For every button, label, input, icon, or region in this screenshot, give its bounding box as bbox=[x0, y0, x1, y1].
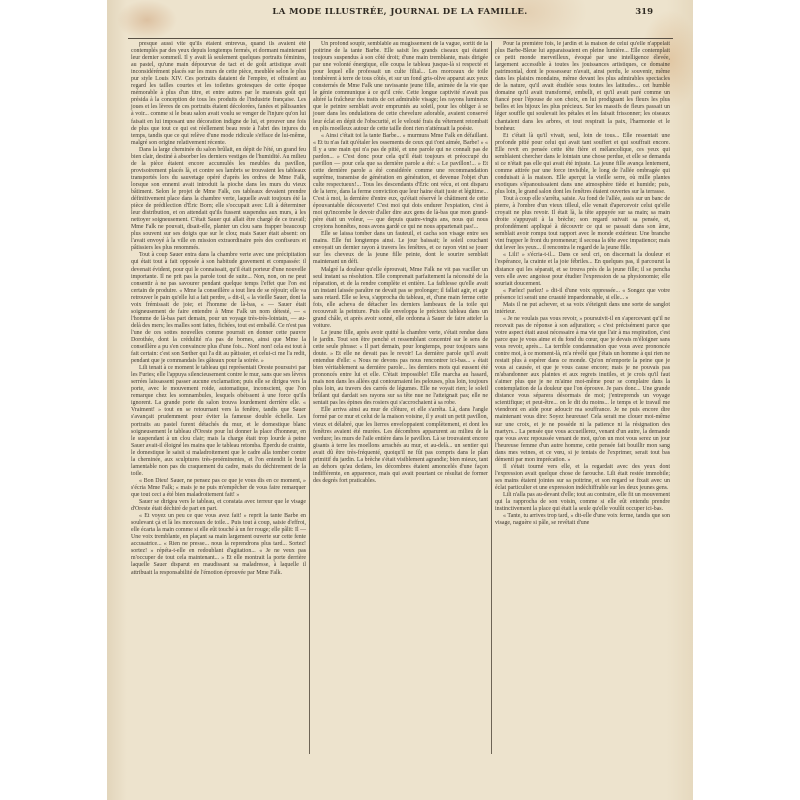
paragraph: Il s'était tourné vers elle, et la regar… bbox=[495, 464, 670, 492]
paragraph: « Ainsi c'était toi la tante Barbe... » … bbox=[313, 133, 488, 232]
column-1: presque aussi vite qu'ils étaient entrev… bbox=[128, 41, 309, 754]
paragraph: « Bon Dieu! Sauer, ne pensez pas ce que … bbox=[131, 478, 306, 499]
paragraph: Sauer se dirigea vers le tableau, et con… bbox=[131, 499, 306, 513]
paragraph: Et c'était là qu'il vivait, seul, loin d… bbox=[495, 133, 670, 196]
paragraph: Pour la première fois, le jardin et la m… bbox=[495, 41, 670, 133]
paragraph: « Lili! » s'écria-t-il... Dans ce seul c… bbox=[495, 252, 670, 287]
paragraph: Tout à coup elle s'arrêta, saisie. Au fo… bbox=[495, 196, 670, 252]
column-3: Pour la première fois, le jardin et la m… bbox=[492, 41, 673, 754]
paragraph: Mais il ne put achever, et sa voix s'éte… bbox=[495, 302, 670, 316]
paragraph: Malgré la douleur qu'elle éprouvait, Mme… bbox=[313, 267, 488, 330]
paragraph: Elle se laissa tomber dans un fauteuil, … bbox=[313, 231, 488, 266]
text-columns: presque aussi vite qu'ils étaient entrev… bbox=[128, 41, 673, 754]
paragraph: « Parlez! parlez! » dit-il d'une voix op… bbox=[495, 288, 670, 302]
bottom-margin bbox=[107, 760, 693, 800]
paragraph: Lili n'alla pas au-devant d'elle; tout a… bbox=[495, 492, 670, 513]
paragraph: Dans la large cheminée du salon brûlait,… bbox=[131, 147, 306, 253]
column-2: Un profond soupir, semblable au mugissem… bbox=[310, 41, 491, 754]
paragraph: Tout à coup Sauer entra dans la chambre … bbox=[131, 252, 306, 365]
header-rule bbox=[128, 38, 673, 39]
paragraph: presque aussi vite qu'ils étaient entrev… bbox=[131, 41, 306, 147]
page-number: 319 bbox=[635, 7, 653, 17]
paragraph: Le jeune fille, après avoir quitté la ch… bbox=[313, 330, 488, 408]
paragraph: Elle arriva ainsi au mur de clôture, et … bbox=[313, 407, 488, 485]
paragraph: « Et voyez un peu ce que vous avez fait!… bbox=[131, 513, 306, 576]
paragraph: « Tante, tu arrives trop tard, » dit-ell… bbox=[495, 513, 670, 527]
paragraph: « Je ne voulais pas vous revoir, » pours… bbox=[495, 316, 670, 464]
paragraph: Un profond soupir, semblable au mugissem… bbox=[313, 41, 488, 133]
newspaper-page: LA MODE ILLUSTRÉE, JOURNAL DE LA FAMILLE… bbox=[107, 0, 693, 800]
running-title: LA MODE ILLUSTRÉE, JOURNAL DE LA FAMILLE… bbox=[107, 7, 693, 17]
paragraph: Lili tenait à ce moment le tableau qui r… bbox=[131, 365, 306, 478]
